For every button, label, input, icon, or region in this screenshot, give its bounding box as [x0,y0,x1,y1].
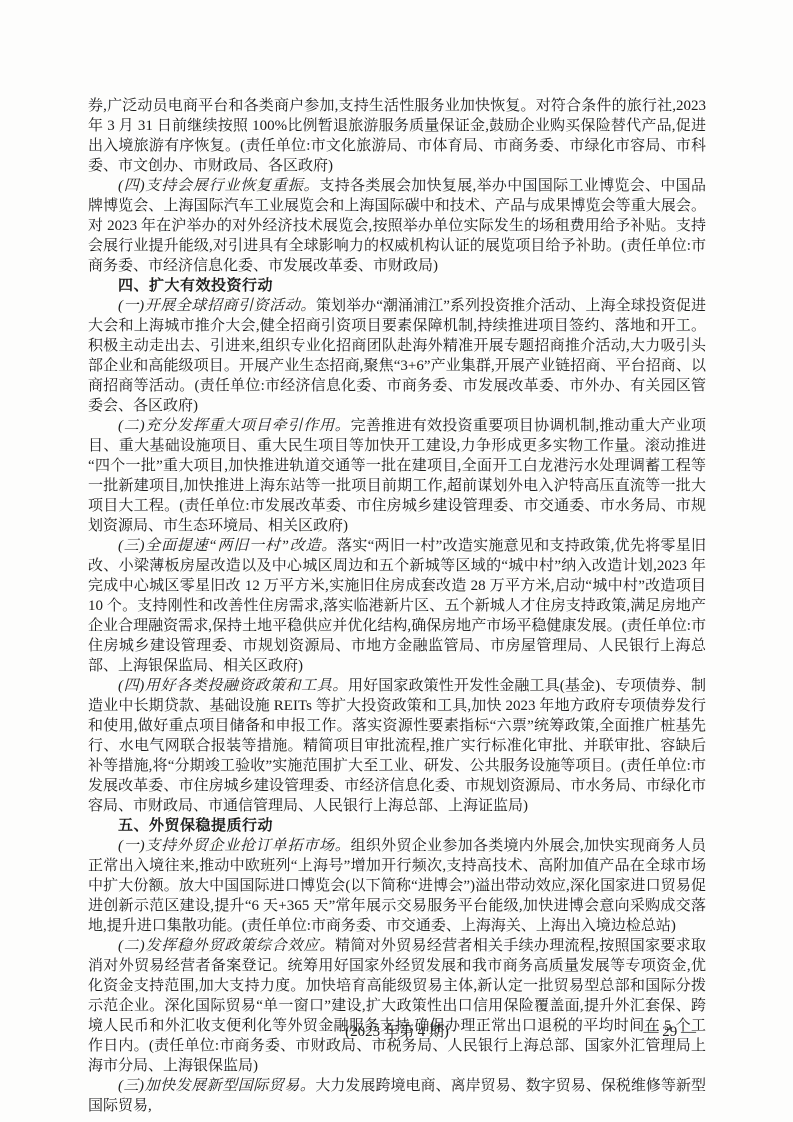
heading-text: 五、外贸保稳提质行动 [118,817,273,834]
section-heading: 四、扩大有效投资行动 [88,276,706,296]
paragraph: (四)用好各类投融资政策和工具。用好国家政策性开发性金融工具(基金)、专项债券、… [88,676,706,816]
paragraph: (一)支持外贸企业抢订单拓市场。组织外贸企业参加各类境内外展会,加快实现商务人员… [88,836,706,936]
paragraph: (三)全面提速“两旧一村”改造。落实“两旧一村”改造实施意见和支持政策,优先将零… [88,536,706,676]
paragraph-lead: (四)用好各类投融资政策和工具。 [118,678,348,694]
paragraph-text: 券,广泛动员电商平台和各类商户参加,支持生活性服务业加快恢复。对符合条件的旅行社… [88,98,706,174]
paragraph-lead: (三)全面提速“两旧一村”改造。 [118,538,337,554]
paragraph-lead: (一)支持外贸企业抢订单拓市场。 [118,838,351,854]
footer-issue-label: (2023 年第 4 期) [88,1022,706,1042]
paragraph: (一)开展全球招商引资活动。策划举办“潮涌浦江”系列投资推介活动、上海全球投资促… [88,296,706,416]
paragraph-text: 落实“两旧一村”改造实施意见和支持政策,优先将零星旧改、小梁薄板房屋改造以及中心… [88,538,706,674]
document-body: 券,广泛动员电商平台和各类商户参加,支持生活性服务业加快恢复。对符合条件的旅行社… [88,96,706,1116]
heading-text: 四、扩大有效投资行动 [118,277,273,294]
paragraph: (四)支持会展行业恢复重振。支持各类展会加快复展,举办中国国际工业博览会、中国品… [88,176,706,276]
document-page: { "page": { "footer": { "issue": "(2023 … [0,0,793,1122]
paragraph: (二)充分发挥重大项目牵引作用。完善推进有效投资重要项目协调机制,推动重大产业项… [88,416,706,536]
paragraph-text: 精简对外贸易经营者相关手续办理流程,按照国家要求取消对外贸易经营者备案登记。统筹… [88,938,706,1074]
paragraph-text: 完善推进有效投资重要项目协调机制,推动重大产业项目、重大基础设施项目、重大民生项… [88,418,706,534]
paragraph-lead: (一)开展全球招商引资活动。 [118,298,316,314]
section-heading: 五、外贸保稳提质行动 [88,816,706,836]
paragraph-text: 用好国家政策性开发性金融工具(基金)、专项债券、制造业中长期贷款、基础设施 RE… [88,678,706,814]
paragraph-lead: (三)加快发展新型国际贸易。 [118,1078,315,1094]
paragraph-text: 策划举办“潮涌浦江”系列投资推介活动、上海全球投资促进大会和上海城市推介大会,健… [88,298,706,414]
footer-page-number: — 29 — [644,1022,697,1042]
page-footer: (2023 年第 4 期) — 29 — [88,1022,706,1044]
paragraph: 券,广泛动员电商平台和各类商户参加,支持生活性服务业加快恢复。对符合条件的旅行社… [88,96,706,176]
paragraph: (二)发挥稳外贸政策综合效应。精简对外贸易经营者相关手续办理流程,按照国家要求取… [88,936,706,1076]
paragraph: (三)加快发展新型国际贸易。大力发展跨境电商、离岸贸易、数字贸易、保税维修等新型… [88,1076,706,1116]
paragraph-lead: (四)支持会展行业恢复重振。 [118,178,319,194]
paragraph-lead: (二)发挥稳外贸政策综合效应。 [118,938,335,954]
paragraph-lead: (二)充分发挥重大项目牵引作用。 [118,418,351,434]
